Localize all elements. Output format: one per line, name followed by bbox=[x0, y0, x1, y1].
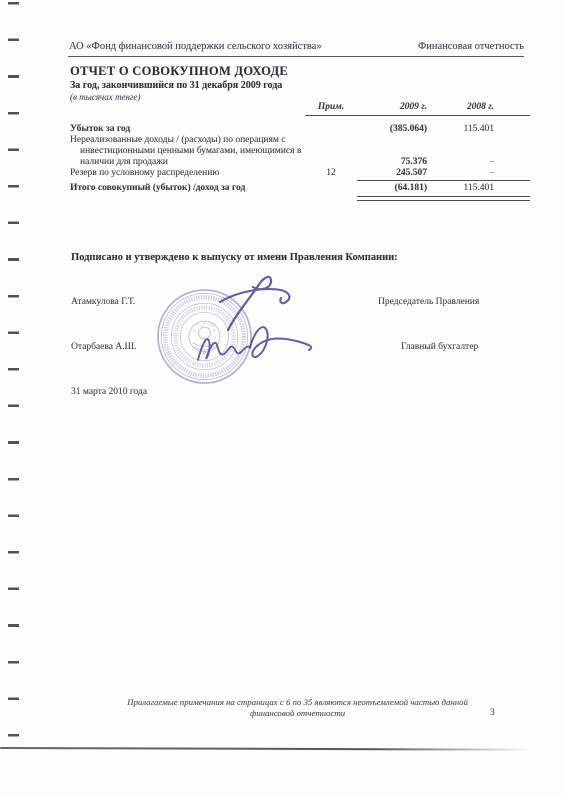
row-value-2009: 75.376 bbox=[357, 157, 443, 168]
company-name: АО «Фонд финансовой поддержки сельского … bbox=[69, 41, 322, 52]
row-label: Нереализованные доходы / (расходы) по оп… bbox=[70, 135, 305, 168]
scanned-page: АО «Фонд финансовой поддержки сельского … bbox=[0, 0, 564, 796]
footer-note-line2: финансовой отчетности bbox=[90, 708, 505, 719]
report-type: Финансовая отчетность bbox=[418, 41, 524, 52]
row-value-2008: – bbox=[443, 157, 530, 168]
row-value-2009: 245.507 bbox=[357, 168, 443, 179]
row-note bbox=[305, 180, 357, 194]
page-edge-shadow bbox=[0, 747, 533, 751]
document-header: АО «Фонд финансовой поддержки сельского … bbox=[69, 41, 524, 52]
row-value-2009: (64.181) bbox=[357, 180, 443, 194]
column-header-2009: 2009 г. bbox=[357, 102, 443, 116]
row-note: 12 bbox=[305, 168, 357, 179]
row-value-2008: 115.401 bbox=[443, 180, 530, 194]
row-value-2008: 115.401 bbox=[443, 124, 530, 135]
table-row: Резерв по условному распределению 12 245… bbox=[70, 168, 530, 179]
signatory-title-accountant: Главный бухгалтер bbox=[401, 342, 478, 352]
table-header-row: Прим. 2009 г. 2008 г. bbox=[70, 102, 530, 116]
title-block: ОТЧЕТ О СОВОКУПНОМ ДОХОДЕ За год, законч… bbox=[70, 64, 288, 102]
signatory-title-chairman: Председатель Правления bbox=[378, 297, 479, 307]
row-value-2008: – bbox=[443, 168, 530, 179]
income-statement-table: Прим. 2009 г. 2008 г. Убыток за год (385… bbox=[70, 102, 530, 201]
binder-holes bbox=[8, 2, 19, 739]
footer-note: Прилагаемые примечания на страницах с 6 … bbox=[90, 697, 505, 718]
row-label: Итого совокупный (убыток) /доход за год bbox=[70, 180, 305, 194]
row-note bbox=[305, 124, 357, 135]
table-total-row: Итого совокупный (убыток) /доход за год … bbox=[70, 180, 530, 194]
page-number: 3 bbox=[490, 708, 495, 718]
total-double-rule bbox=[357, 196, 530, 201]
header-rule bbox=[68, 56, 524, 57]
row-label: Резерв по условному распределению bbox=[70, 168, 305, 179]
report-period: За год, закончившийся по 31 декабря 2009… bbox=[70, 80, 288, 91]
report-units: (в тысячах тенге) bbox=[70, 92, 288, 102]
table-row: Убыток за год (385.064) 115.401 bbox=[70, 124, 530, 135]
header-label-spacer bbox=[70, 102, 305, 116]
row-value-2009: (385.064) bbox=[357, 124, 443, 135]
report-title: ОТЧЕТ О СОВОКУПНОМ ДОХОДЕ bbox=[70, 64, 288, 79]
signatory-name-accountant: Отарбаева А.Ш. bbox=[71, 342, 137, 352]
row-label: Убыток за год bbox=[70, 124, 305, 135]
approval-date: 31 марта 2010 года bbox=[71, 387, 147, 397]
column-header-2008: 2008 г. bbox=[443, 102, 530, 116]
column-header-note: Прим. bbox=[305, 102, 357, 116]
table-row: Нереализованные доходы / (расходы) по оп… bbox=[70, 135, 530, 168]
footer-note-line1: Прилагаемые примечания на страницах с 6 … bbox=[90, 697, 505, 708]
handwritten-signatures bbox=[178, 262, 330, 370]
signatory-name-chairman: Атамкулова Г.Т. bbox=[71, 297, 135, 307]
